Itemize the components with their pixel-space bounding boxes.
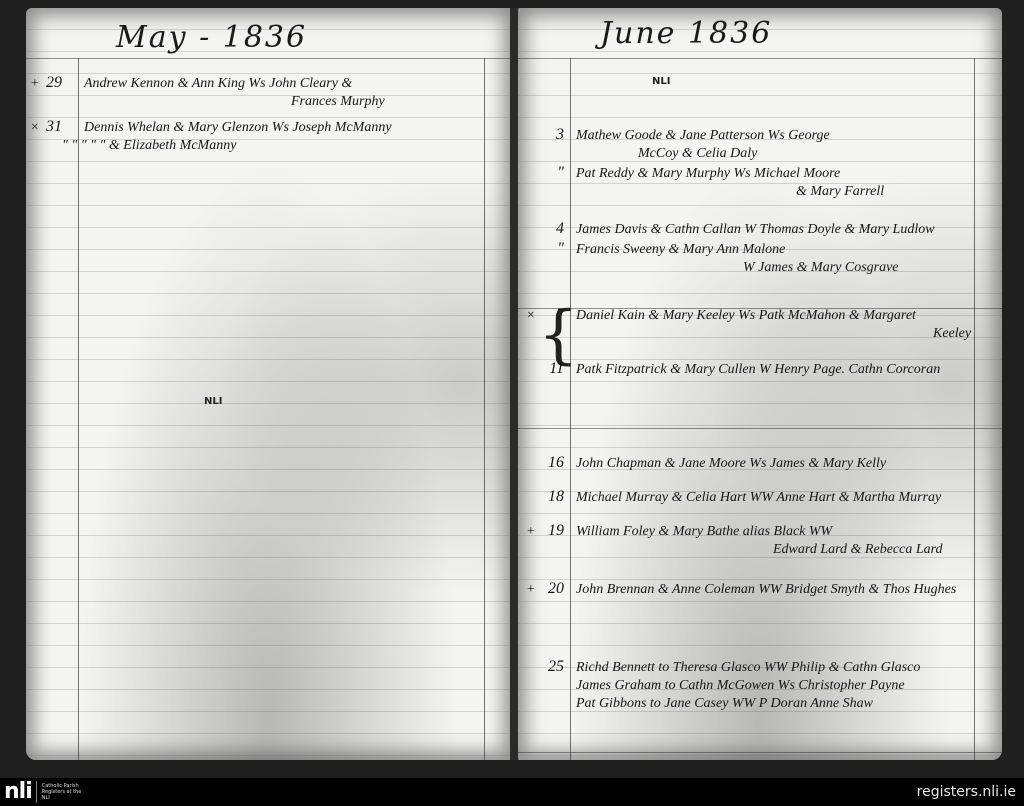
image-viewer[interactable]: May - 1836 + 29 Andrew Kennon & Ann King…	[0, 0, 1024, 778]
register-entry: 11Patk Fitzpatrick & Mary Cullen W Henry…	[518, 360, 1002, 396]
ruled-line	[518, 752, 1002, 753]
register-entry: "Pat Reddy & Mary Murphy Ws Michael Moor…	[518, 164, 1002, 200]
entry-mark: +	[526, 582, 535, 598]
ruled-line	[518, 428, 1002, 429]
entry-date: 3	[540, 126, 564, 144]
logo-divider	[36, 781, 37, 803]
register-entry: 3Mathew Goode & Jane Patterson Ws George…	[518, 126, 1002, 162]
page-heading-may: May - 1836	[116, 20, 307, 55]
entry-date: 16	[540, 454, 564, 472]
entry-continuation: Edward Lard & Rebecca Lard	[773, 542, 943, 558]
entry-text: John Chapman & Jane Moore Ws James & Mar…	[576, 456, 886, 472]
entry-text: Pat Reddy & Mary Murphy Ws Michael Moore	[576, 166, 840, 182]
entry-date: 7	[540, 306, 564, 324]
entry-continuation: & Mary Farrell	[796, 184, 884, 200]
library-stamp: NLI	[652, 76, 670, 87]
entry-text: Pat Gibbons to Jane Casey WW P Doran Ann…	[576, 696, 873, 712]
entry-date: 18	[540, 488, 564, 506]
entry-text: James Graham to Cathn McGowen Ws Christo…	[576, 678, 905, 694]
entry-text: Francis Sweeny & Mary Ann Malone	[576, 242, 785, 258]
entry-continuation: Frances Murphy	[291, 94, 385, 110]
register-entry: 18Michael Murray & Celia Hart WW Anne Ha…	[518, 488, 1002, 524]
register-entry: +19William Foley & Mary Bathe alias Blac…	[518, 522, 1002, 558]
entry-date: "	[540, 164, 564, 182]
site-link[interactable]: registers.nli.ie	[917, 784, 1016, 800]
entry-date: 4	[540, 220, 564, 238]
entry-continuation: Keeley	[933, 326, 971, 342]
nli-logo[interactable]: nli Catholic Parish Registers at the NLI	[4, 780, 82, 804]
register-entry: ×7Daniel Kain & Mary Keeley Ws Patk McMa…	[518, 306, 1002, 342]
entry-text: Patk Fitzpatrick & Mary Cullen W Henry P…	[576, 362, 940, 378]
entry-continuation: McCoy & Celia Daly	[638, 146, 757, 162]
entry-date: 20	[540, 580, 564, 598]
right-register-page: June 1836 NLI { 3Mathew Goode & Jane Pat…	[518, 8, 1002, 760]
entry-text: John Brennan & Anne Coleman WW Bridget S…	[576, 582, 956, 598]
register-entry: 16John Chapman & Jane Moore Ws James & M…	[518, 454, 1002, 490]
entry-text: Richd Bennett to Theresa Glasco WW Phili…	[576, 660, 920, 676]
entry-mark: +	[526, 524, 535, 540]
logo-caption: Catholic Parish Registers at the NLI	[42, 783, 82, 801]
nli-logo-mark: nli	[4, 780, 32, 804]
footer-bar: nli Catholic Parish Registers at the NLI…	[0, 778, 1024, 806]
margin-rule	[484, 58, 485, 760]
entry-continuation: " " " " " & Elizabeth McManny	[62, 138, 236, 154]
register-entry: × 31 Dennis Whelan & Mary Glenzon Ws Jos…	[26, 118, 512, 158]
entry-date: 31	[38, 118, 62, 136]
entry-continuation: W James & Mary Cosgrave	[743, 260, 899, 276]
library-stamp: NLI	[204, 396, 222, 407]
entry-text: Dennis Whelan & Mary Glenzon Ws Joseph M…	[84, 120, 392, 136]
entry-mark: ×	[526, 308, 535, 324]
register-entry: "Francis Sweeny & Mary Ann MaloneW James…	[518, 240, 1002, 276]
entry-text: Mathew Goode & Jane Patterson Ws George	[576, 128, 830, 144]
entry-date: 25	[540, 658, 564, 676]
entry-date: 29	[38, 74, 62, 92]
header-rule	[518, 58, 1002, 59]
register-entry: + 29 Andrew Kennon & Ann King Ws John Cl…	[26, 74, 512, 114]
register-entry: +20John Brennan & Anne Coleman WW Bridge…	[518, 580, 1002, 616]
entry-text: Andrew Kennon & Ann King Ws John Cleary …	[84, 76, 352, 92]
entry-date: "	[540, 240, 564, 258]
left-register-page: May - 1836 + 29 Andrew Kennon & Ann King…	[26, 8, 512, 760]
entry-text: Michael Murray & Celia Hart WW Anne Hart…	[576, 490, 941, 506]
header-rule	[26, 58, 512, 59]
margin-rule	[78, 58, 79, 760]
entry-text: William Foley & Mary Bathe alias Black W…	[576, 524, 832, 540]
entry-text: James Davis & Cathn Callan W Thomas Doyl…	[576, 222, 935, 238]
register-entry: Pat Gibbons to Jane Casey WW P Doran Ann…	[518, 694, 1002, 730]
entry-date: 11	[540, 360, 564, 378]
entry-text: Daniel Kain & Mary Keeley Ws Patk McMaho…	[576, 308, 916, 324]
page-heading-june: June 1836	[600, 16, 772, 51]
entry-date: 19	[540, 522, 564, 540]
